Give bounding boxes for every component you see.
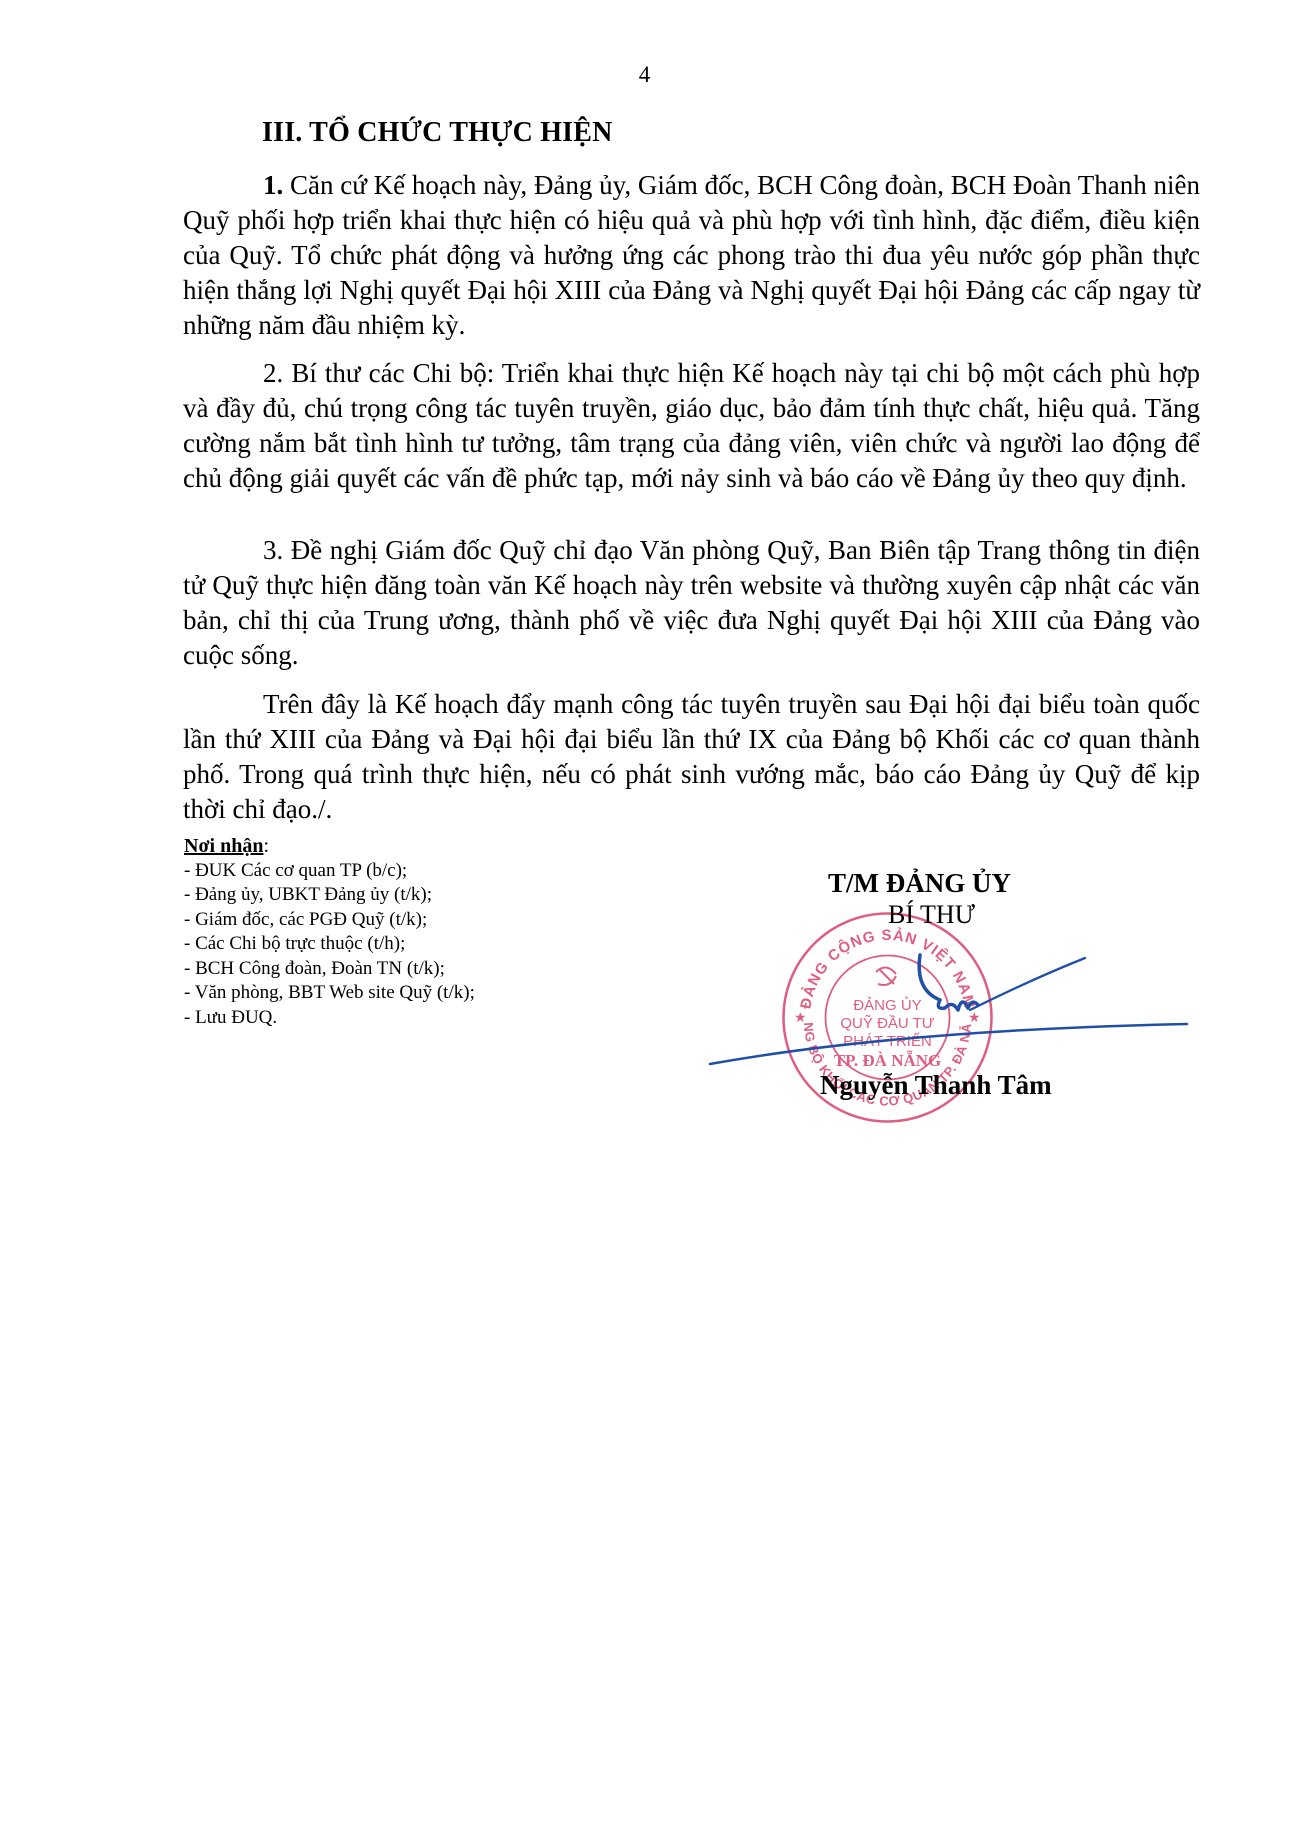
recipient-item: - Văn phòng, BBT Web site Quỹ (t/k); xyxy=(184,981,475,1006)
paragraph-text: Căn cứ Kế hoạch này, Đảng ủy, Giám đốc, … xyxy=(183,170,1200,340)
recipient-item: - ĐUK Các cơ quan TP (b/c); xyxy=(184,859,475,884)
recipient-item: - Các Chi bộ trực thuộc (t/h); xyxy=(184,932,475,957)
page-number: 4 xyxy=(0,62,1289,88)
paragraph-text: Đề nghị Giám đốc Quỹ chỉ đạo Văn phòng Q… xyxy=(183,535,1200,670)
paragraph-number: 3. xyxy=(263,535,283,565)
paragraph-2: 2. Bí thư các Chi bộ: Triển khai thực hi… xyxy=(183,356,1200,496)
recipient-item: - Đảng ủy, UBKT Đảng ủy (t/k); xyxy=(184,883,475,908)
paragraph-text: Trên đây là Kế hoạch đẩy mạnh công tác t… xyxy=(183,689,1200,824)
paragraph-text: Bí thư các Chi bộ: Triển khai thực hiện … xyxy=(183,358,1200,493)
recipients-list: - ĐUK Các cơ quan TP (b/c); - Đảng ủy, U… xyxy=(184,859,475,1031)
signatory-name: Nguyễn Thanh Tâm xyxy=(820,1070,1052,1101)
signature-role: BÍ THƯ xyxy=(888,900,975,930)
paragraph-number: 1. xyxy=(263,170,283,200)
recipients-title: Nơi nhận: xyxy=(184,834,475,859)
closing-paragraph: Trên đây là Kế hoạch đẩy mạnh công tác t… xyxy=(183,687,1200,827)
recipient-item: - Giám đốc, các PGĐ Quỹ (t/k); xyxy=(184,908,475,933)
recipient-item: - Lưu ĐUQ. xyxy=(184,1006,475,1031)
signature-on-behalf: T/M ĐẢNG ỦY xyxy=(828,868,1011,899)
section-heading: III. TỔ CHỨC THỰC HIỆN xyxy=(262,117,613,149)
recipients-block: Nơi nhận: - ĐUK Các cơ quan TP (b/c); - … xyxy=(184,834,475,1030)
recipient-item: - BCH Công đoàn, Đoàn TN (t/k); xyxy=(184,957,475,982)
paragraph-1: 1. Căn cứ Kế hoạch này, Đảng ủy, Giám đố… xyxy=(183,168,1200,343)
paragraph-number: 2. xyxy=(263,358,283,388)
signature-block: T/M ĐẢNG ỦY BÍ THƯ ĐẢNG CỘNG SẢN VIỆT NA… xyxy=(700,860,1200,1140)
paragraph-3: 3. Đề nghị Giám đốc Quỹ chỉ đạo Văn phòn… xyxy=(183,533,1200,673)
